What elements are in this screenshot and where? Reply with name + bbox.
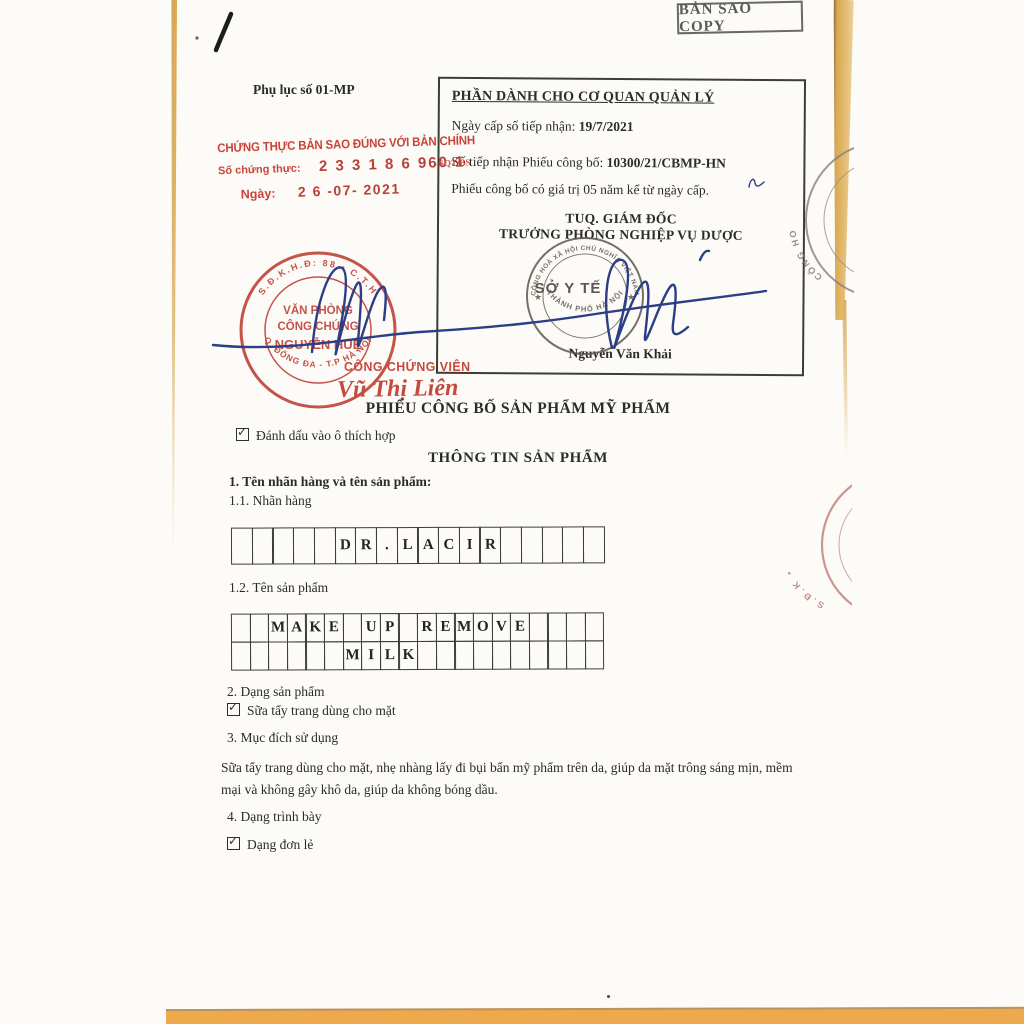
admin-box-title: PHẦN DÀNH CHO CƠ QUAN QUẢN LÝ: [452, 89, 715, 107]
grid-cell: [521, 527, 543, 564]
checked-checkbox-icon: [227, 703, 240, 716]
signer-name: Nguyễn Văn Khải: [438, 345, 802, 364]
grid-cell: E: [510, 613, 530, 642]
handwritten-slash-mark: [216, 14, 231, 50]
grid-cell: R: [355, 527, 377, 564]
dust-speck: [607, 995, 610, 998]
grid-cell: K: [305, 613, 325, 642]
grid-cell: V: [491, 613, 511, 642]
grid-cell: [566, 640, 586, 669]
notary-officer-title: CÔNG CHỨNG VIÊN: [344, 359, 470, 374]
grid-row: MILK: [231, 640, 604, 670]
grid-cell: [305, 641, 325, 670]
grid-cell: [566, 612, 586, 641]
grid-cell: [398, 613, 418, 642]
grid-cell: [231, 642, 251, 671]
notary-seal-line3: NGUYỄN HUỆ: [275, 337, 362, 352]
grid-cell: [287, 641, 307, 670]
signer-title-2: TRƯỞNG PHÒNG NGHIỆP VỤ DƯỢC: [439, 226, 803, 245]
receipt-date-value: 19/7/2021: [579, 119, 634, 134]
grid-cell: [454, 641, 474, 670]
grid-cell: E: [324, 613, 344, 642]
grid-cell: [250, 642, 270, 671]
grid-cell: [562, 526, 584, 563]
validity-line: Phiếu công bố có giá trị 05 năm kể từ ng…: [451, 181, 709, 199]
copy-stamp-label: BẢN SAO COPY: [679, 0, 802, 36]
grid-cell: [417, 641, 437, 670]
grid-cell: R: [479, 527, 501, 564]
certification-number-suffix: -SQT/BS: [436, 157, 471, 168]
grid-cell: U: [361, 613, 381, 642]
grid-cell: M: [343, 641, 363, 670]
item1-1-label: 1.1. Nhãn hàng: [229, 493, 311, 509]
pen-dot: [195, 36, 198, 39]
grid-cell: [510, 641, 530, 670]
item4-heading: 4. Dạng trình bày: [227, 809, 321, 825]
product-name-letter-grid: MAKEUPREMOVEMILK: [231, 612, 605, 670]
grid-cell: A: [287, 613, 307, 642]
notary-signature: [312, 267, 386, 354]
grid-cell: [541, 526, 563, 563]
grid-cell: [293, 527, 315, 564]
checkbox-note: Đánh dấu vào ô thích hợp: [236, 428, 395, 444]
item1-2-label: 1.2. Tên sản phẩm: [229, 580, 328, 596]
certification-date-value: 2 6 -07- 2021: [298, 180, 401, 199]
grid-cell: [231, 528, 253, 565]
grid-cell: C: [438, 527, 460, 564]
grid-cell: M: [268, 613, 288, 642]
page-spine-edge-right: [830, 0, 853, 320]
item4-option-text: Dạng đơn lẻ: [247, 837, 313, 852]
edge-seal-top: CÔNG HO: [787, 142, 962, 298]
scanned-document-page: BẢN SAO COPY Phụ lục số 01-MP PHẦN DÀNH …: [0, 0, 1024, 1024]
receipt-date-label: Ngày cấp số tiếp nhận:: [452, 118, 576, 134]
grid-cell: [500, 527, 522, 564]
admin-section-box: PHẦN DÀNH CHO CƠ QUAN QUẢN LÝ Ngày cấp s…: [436, 77, 806, 377]
grid-cell: [268, 641, 288, 670]
grid-cell: [547, 612, 567, 641]
item4-checked-option: Dạng đơn lẻ: [227, 837, 313, 853]
grid-cell: P: [380, 613, 400, 642]
receipt-number-value: 10300/21/CBMP-HN: [607, 155, 726, 171]
svg-text:S.Đ.K •: S.Đ.K •: [783, 567, 826, 610]
section-title: THÔNG TIN SẢN PHẨM: [0, 450, 1024, 467]
grid-cell: [252, 528, 274, 565]
page-fold-edge-left: [170, 0, 177, 560]
grid-row: DR.LACIR: [231, 526, 605, 564]
notary-seal-ring-top-text: S.Đ.K.H.Đ: 88 • C.T.H: [256, 258, 379, 297]
receipt-number-line: Số tiếp nhận Phiếu công bố: 10300/21/CBM…: [451, 154, 726, 172]
grid-cell: [584, 612, 604, 641]
grid-cell: E: [436, 613, 456, 642]
grid-cell: [250, 614, 270, 643]
edge-seal-bottom: S.Đ.K •: [783, 471, 970, 619]
grid-cell: [529, 613, 549, 642]
grid-cell: [436, 641, 456, 670]
grid-cell: .: [376, 527, 398, 564]
checked-checkbox-icon: [236, 428, 249, 441]
notary-seal-line2: CÔNG CHỨNG: [277, 320, 358, 333]
svg-text:S.Đ.K.H.Đ: 88 • C.T.H: S.Đ.K.H.Đ: 88 • C.T.H: [256, 258, 379, 297]
grid-cell: L: [397, 527, 419, 564]
grid-row: MAKEUPREMOVE: [231, 612, 604, 642]
certification-number-label: Số chứng thực:: [218, 163, 301, 178]
item2-checked-option: Sữa tẩy trang dùng cho mặt: [227, 703, 396, 719]
grid-cell: [314, 527, 336, 564]
edge-seal-bottom-text: S.Đ.K •: [783, 567, 826, 610]
item3-paragraph: Sữa tẩy trang dùng cho mặt, nhẹ nhàng lấ…: [221, 757, 799, 800]
item1-heading: 1. Tên nhãn hàng và tên sản phẩm:: [229, 474, 431, 490]
appendix-label: Phụ lục số 01-MP: [253, 82, 355, 98]
grid-cell: [231, 614, 251, 643]
grid-cell: A: [417, 527, 439, 564]
brand-name-letter-grid: DR.LACIR: [231, 526, 605, 564]
grid-cell: [492, 641, 512, 670]
grid-cell: L: [380, 641, 400, 670]
grid-cell: R: [417, 613, 437, 642]
grid-cell: [324, 641, 344, 670]
grid-cell: [272, 527, 294, 564]
grid-cell: [473, 641, 493, 670]
grid-cell: [343, 613, 363, 642]
certification-date-label: Ngày:: [241, 186, 276, 201]
page-spine-edge-tail: [840, 300, 848, 460]
form-title: PHIẾU CÔNG BỐ SẢN PHẨM MỸ PHẨM: [0, 400, 1024, 418]
item3-heading: 3. Mục đích sử dụng: [227, 730, 338, 746]
grid-cell: I: [361, 641, 381, 670]
grid-cell: [529, 641, 549, 670]
checked-checkbox-icon: [227, 837, 240, 850]
notary-seal-line1: VĂN PHÒNG: [283, 304, 353, 317]
copy-stamp: BẢN SAO COPY: [677, 1, 804, 35]
grid-cell: D: [334, 527, 356, 564]
background-edge-bottom: [166, 1007, 1024, 1024]
checkbox-note-text: Đánh dấu vào ô thích hợp: [256, 428, 395, 443]
certification-stamp-line1: CHỨNG THỰC BẢN SAO ĐÚNG VỚI BẢN CHÍNH: [217, 133, 464, 155]
grid-cell: K: [398, 641, 418, 670]
grid-cell: [585, 640, 605, 669]
grid-cell: M: [454, 613, 474, 642]
item2-heading: 2. Dạng sản phẩm: [227, 684, 324, 700]
grid-cell: [547, 640, 567, 669]
grid-cell: [583, 526, 605, 563]
grid-cell: O: [473, 613, 493, 642]
certification-stamp: CHỨNG THỰC BẢN SAO ĐÚNG VỚI BẢN CHÍNH Số…: [217, 133, 487, 204]
grid-cell: I: [459, 527, 481, 564]
item2-option-text: Sữa tẩy trang dùng cho mặt: [247, 703, 396, 718]
